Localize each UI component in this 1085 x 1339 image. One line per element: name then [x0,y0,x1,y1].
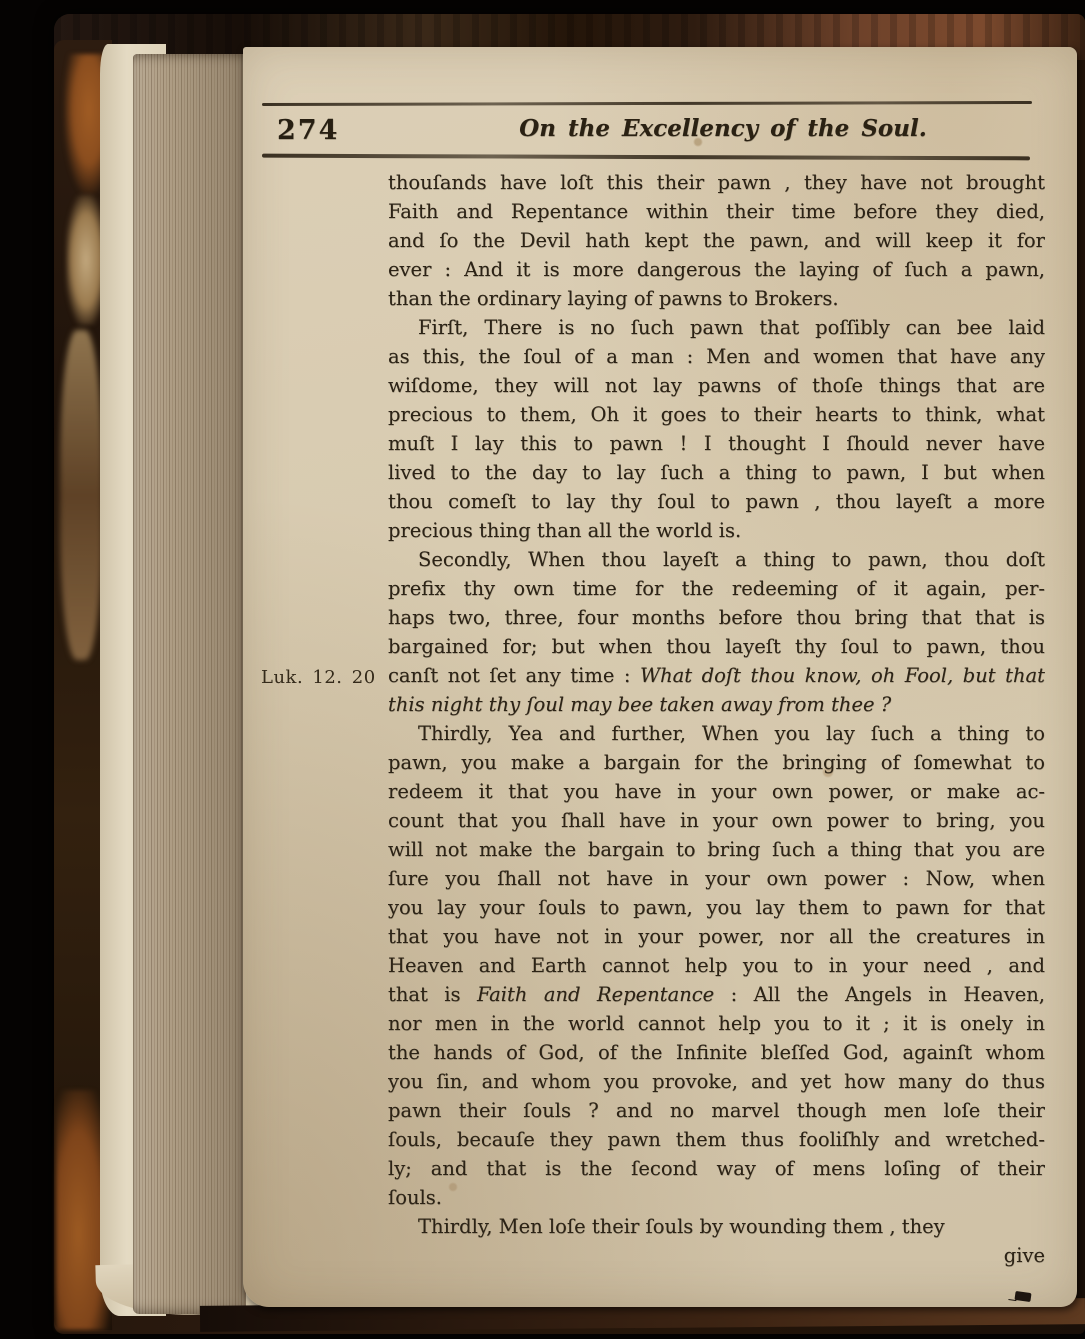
text-segment: this night thy ſoul may bee taken away f… [388,693,891,716]
text-segment: Thirdly, Yea and further, When you lay ſ… [418,722,1045,745]
text-segment: muſt I lay this to pawn ! I thought I ſh… [388,432,1045,455]
text-segment: ſouls, becauſe they pawn them thus fooli… [388,1128,1045,1151]
text-line: and ſo the Devil hath kept the pawn, and… [388,226,1045,255]
text-line: you ſin, and whom you provoke, and yet h… [388,1067,1045,1096]
text-segment: nor men in the world cannot help you to … [388,1012,1045,1035]
text-line: bargained for; but when thou layeſt thy … [388,632,1045,661]
text-segment: Secondly, When thou layeſt a thing to pa… [418,548,1045,571]
leather-wear-patch [60,330,102,660]
header-rule-bottom [262,154,1030,160]
text-line: lived to the day to lay ſuch a thing to … [388,458,1045,487]
text-segment: Thirdly, Men loſe their ſouls by woundin… [418,1215,945,1238]
text-line: Thirdly, Yea and further, When you lay ſ… [388,719,1045,748]
text-segment: ſouls. [388,1186,442,1209]
text-line: Secondly, When thou layeſt a thing to pa… [388,545,1045,574]
text-line: ſouls. [388,1183,1045,1212]
text-line: pawn, you make a bargain for the bringin… [388,748,1045,777]
text-line: thou comeſt to lay thy ſoul to pawn , th… [388,487,1045,516]
paragraph: Secondly, When thou layeſt a thing to pa… [388,545,1045,719]
text-line: the hands of God, of the Infinite bleſſe… [388,1038,1045,1067]
text-line: you lay your ſouls to pawn, you lay them… [388,893,1045,922]
text-segment: bargained for; but when thou layeſt thy … [388,635,1045,658]
text-segment: lived to the day to lay ſuch a thing to … [388,461,1045,484]
text-segment: : All the Angels in Heaven, [714,983,1045,1006]
page-number: 274 [277,115,339,146]
text-segment: than the ordinary laying of pawns to Bro… [388,287,839,310]
text-segment: as this, the ſoul of a man : Men and wom… [388,345,1045,368]
text-segment: you lay your ſouls to pawn, you lay them… [388,896,1045,919]
text-line: that you have not in your power, nor all… [388,922,1045,951]
text-line: wiſdome, they will not lay pawns of thoſ… [388,371,1045,400]
text-segment: canſt not ſet any time : [388,664,640,687]
margin-note: Luk. 12. 20 [261,667,376,688]
text-line: as this, the ſoul of a man : Men and wom… [388,342,1045,371]
text-line: muſt I lay this to pawn ! I thought I ſh… [388,429,1045,458]
text-line: than the ordinary laying of pawns to Bro… [388,284,1045,313]
text-line: Thirdly, Men loſe their ſouls by woundin… [388,1212,1045,1241]
paragraph: Firſt, There is no ſuch pawn that poſſib… [388,313,1045,545]
text-line: precious thing than all the world is. [388,516,1045,545]
text-line: Firſt, There is no ſuch pawn that poſſib… [388,313,1045,342]
text-segment: will not make the bargain to bring ſuch … [388,838,1045,861]
text-line: prefix thy own time for the redeeming of… [388,574,1045,603]
text-segment: thou comeſt to lay thy ſoul to pawn , th… [388,490,1045,513]
text-line: count that you ſhall have in your own po… [388,806,1045,835]
text-line: ever : And it is more dangerous the layi… [388,255,1045,284]
text-line: will not make the bargain to bring ſuch … [388,835,1045,864]
text-segment: and ſo the Devil hath kept the pawn, and… [388,229,1045,252]
body-text: thouſands have loſt this their pawn , th… [388,168,1045,1241]
text-line: ſure you ſhall not have in your own powe… [388,864,1045,893]
text-line: nor men in the world cannot help you to … [388,1009,1045,1038]
paragraph: Thirdly, Yea and further, When you lay ſ… [388,719,1045,1212]
catchword: give [388,1241,1045,1270]
text-line: Faith and Repentance within their time b… [388,197,1045,226]
paragraph: thouſands have loſt this their pawn , th… [388,168,1045,313]
text-segment: thouſands have loſt this their pawn , th… [388,171,1045,194]
text-segment: ſure you ſhall not have in your own powe… [388,867,1045,890]
text-segment: the hands of God, of the Infinite bleſſe… [388,1041,1045,1064]
text-line: haps two, three, four months before thou… [388,603,1045,632]
text-segment: Heaven and Earth cannot help you to in y… [388,954,1045,977]
text-line: this night thy ſoul may bee taken away f… [388,690,1045,719]
text-segment: prefix thy own time for the redeeming of… [388,577,1045,600]
text-line: canſt not ſet any time : What doſt thou … [388,661,1045,690]
book-page: 274 On the Excellency of the Soul. Luk. … [243,47,1077,1307]
text-segment: precious thing than all the world is. [388,519,741,542]
text-line: ly; and that is the ſecond way of mens l… [388,1154,1045,1183]
text-segment: pawn their ſouls ? and no marvel though … [388,1099,1045,1122]
text-segment: haps two, three, four months before thou… [388,606,1045,629]
paragraph: Thirdly, Men loſe their ſouls by woundin… [388,1212,1045,1241]
text-line: thouſands have loſt this their pawn , th… [388,168,1045,197]
text-segment: that is [388,983,477,1006]
running-title: On the Excellency of the Soul. [493,115,953,142]
ink-mark [1014,1291,1031,1302]
text-segment: that you have not in your power, nor all… [388,925,1045,948]
header-rule-top [262,101,1032,106]
text-segment: count that you ſhall have in your own po… [388,809,1045,832]
text-segment: precious to them, Oh it goes to their he… [388,403,1045,426]
fore-edge-page-stack [133,54,246,1314]
text-segment: What doſt thou know, oh Fool, but that [640,664,1045,687]
text-segment: Firſt, There is no ſuch pawn that poſſib… [418,316,1045,339]
text-line: precious to them, Oh it goes to their he… [388,400,1045,429]
text-line: Heaven and Earth cannot help you to in y… [388,951,1045,980]
book-photograph: 274 On the Excellency of the Soul. Luk. … [0,0,1085,1339]
text-segment: ever : And it is more dangerous the layi… [388,258,1045,281]
text-line: redeem it that you have in your own powe… [388,777,1045,806]
text-line: that is Faith and Repentance : All the A… [388,980,1045,1009]
text-line: pawn their ſouls ? and no marvel though … [388,1096,1045,1125]
text-segment: Faith and Repentance [477,983,714,1006]
text-segment: redeem it that you have in your own powe… [388,780,1045,803]
text-segment: Faith and Repentance within their time b… [388,200,1045,223]
text-segment: ly; and that is the ſecond way of mens l… [388,1157,1045,1180]
text-segment: pawn, you make a bargain for the bringin… [388,751,1045,774]
text-segment: you ſin, and whom you provoke, and yet h… [388,1070,1045,1093]
text-line: ſouls, becauſe they pawn them thus fooli… [388,1125,1045,1154]
text-segment: wiſdome, they will not lay pawns of thoſ… [388,374,1045,397]
